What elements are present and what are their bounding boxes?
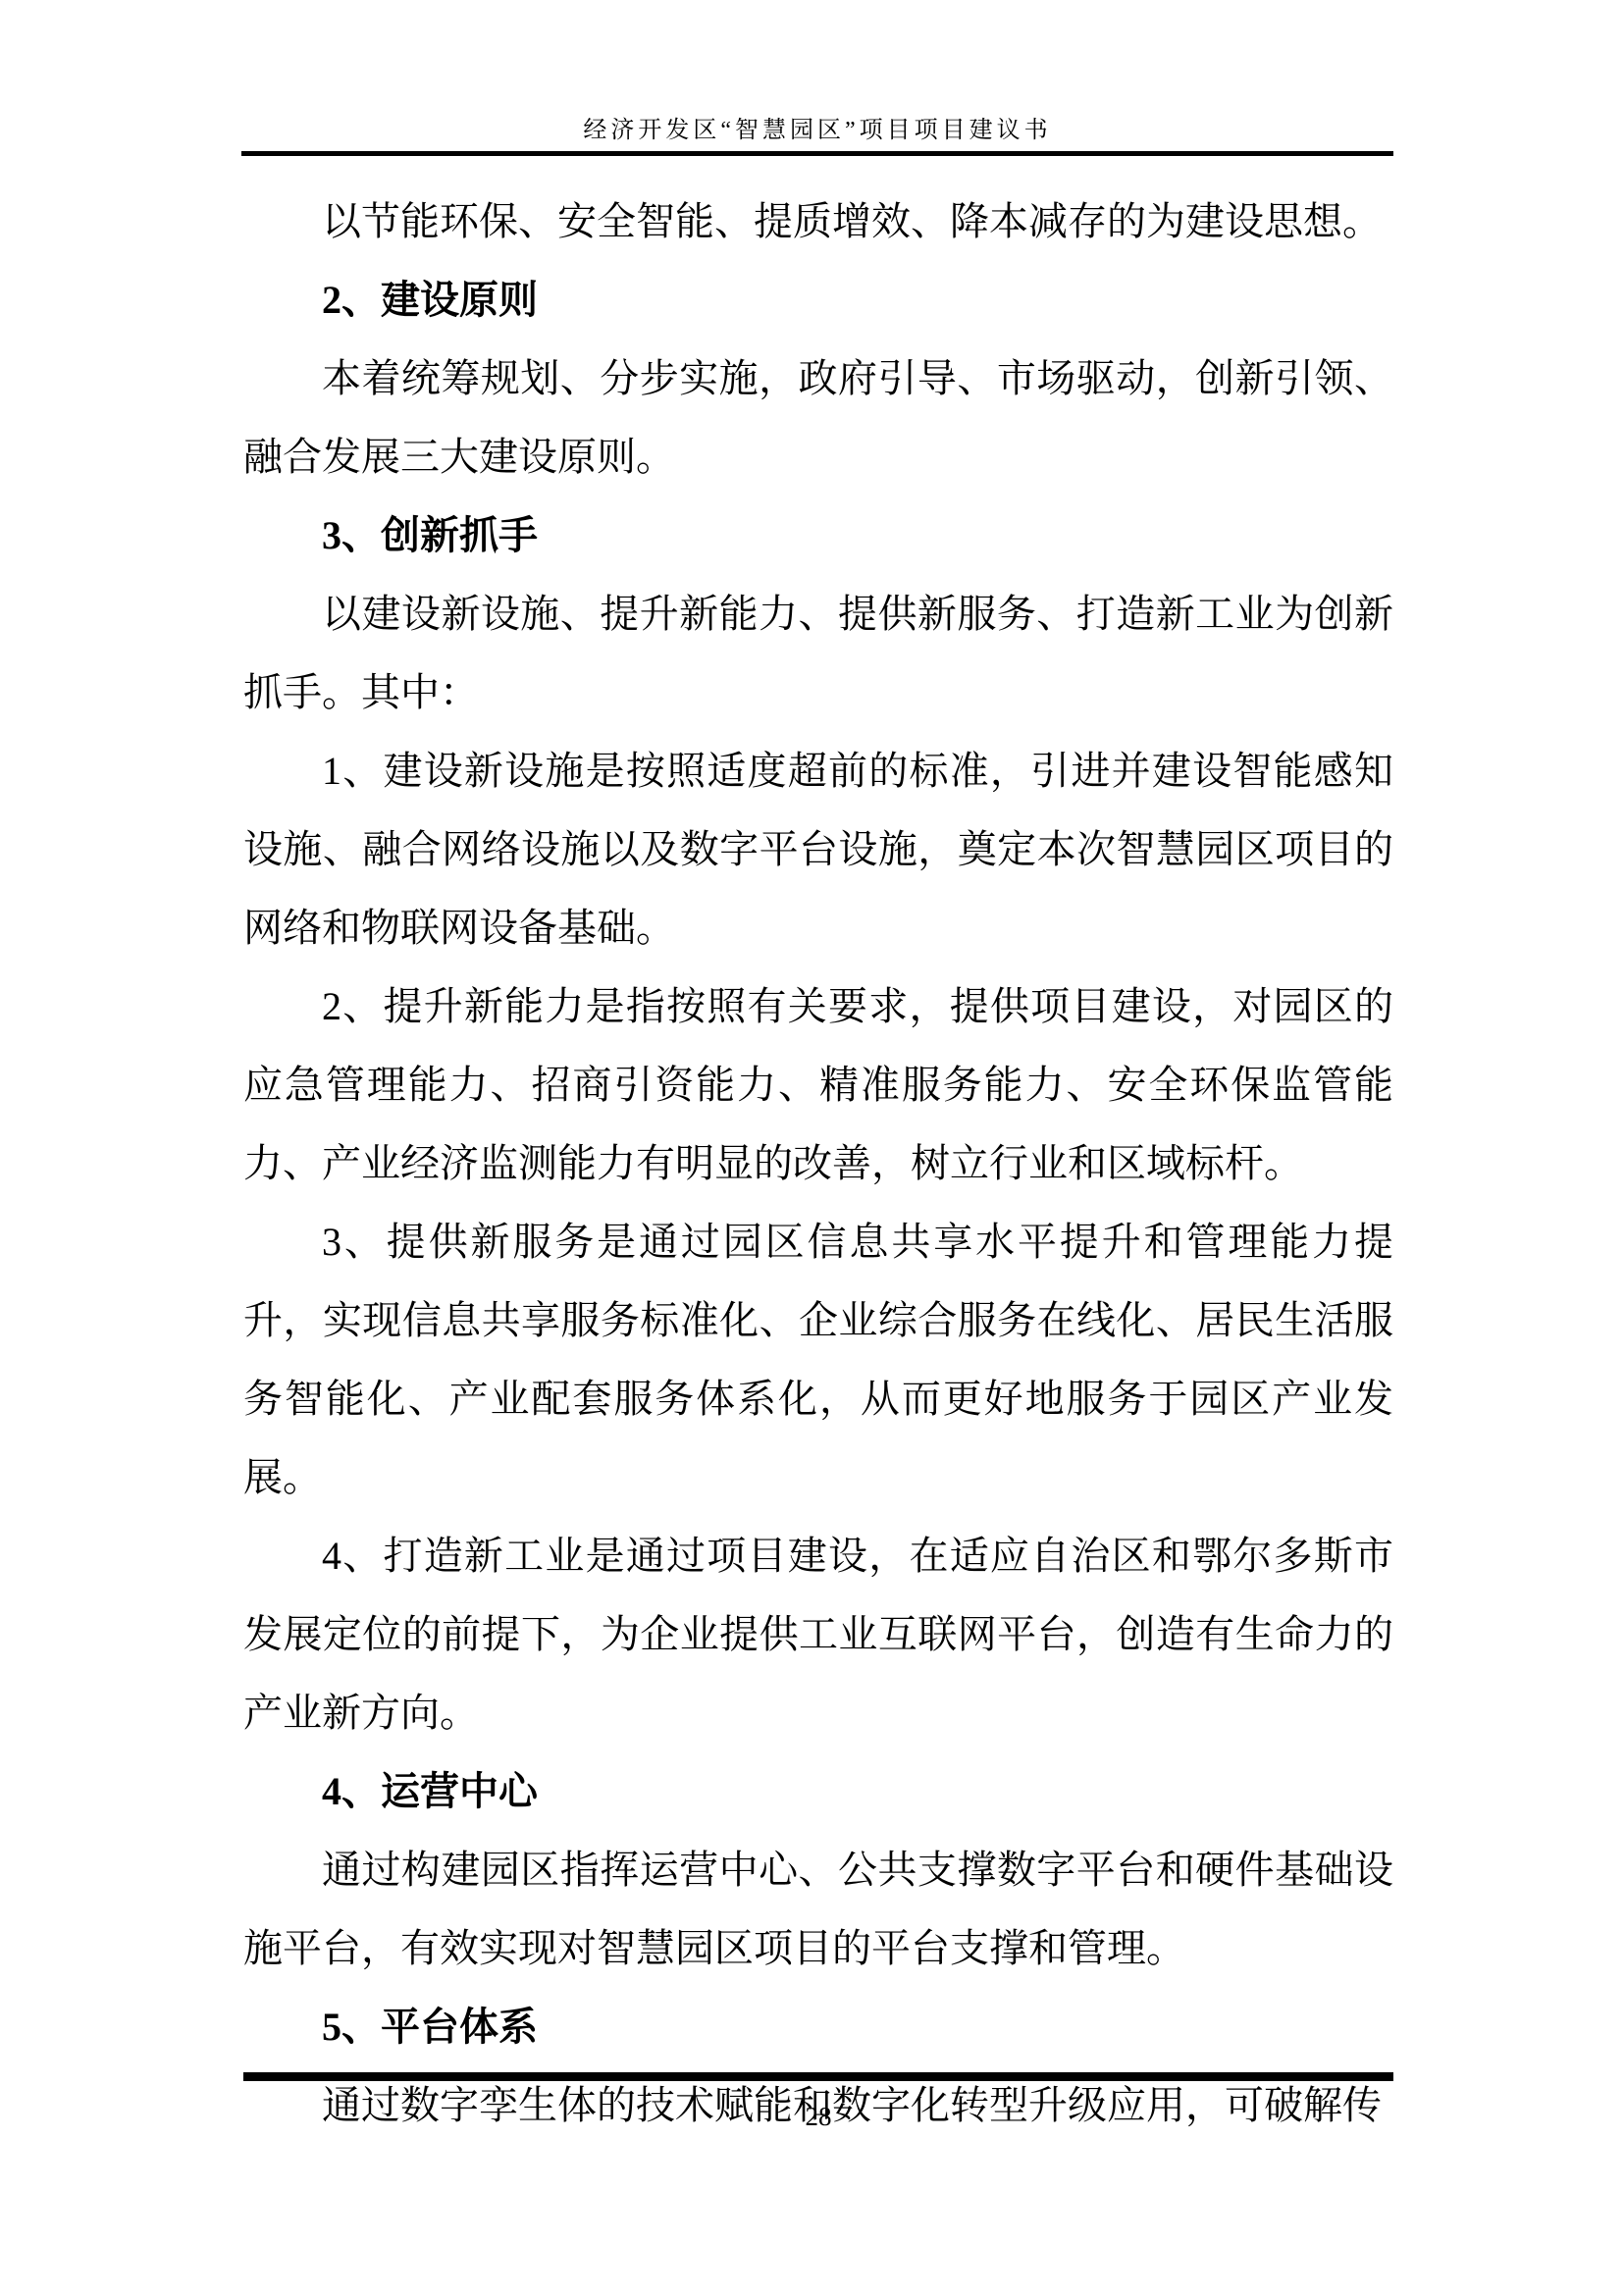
paragraph: 4、打造新工业是通过项目建设，在适应自治区和鄂尔多斯市发展定位的前提下，为企业提… [243,1517,1393,1752]
section-heading: 2、建设原则 [243,261,1393,339]
paragraph: 以节能环保、安全智能、提质增效、降本减存的为建设思想。 [243,183,1393,261]
header-title: 经济开发区“智慧园区”项目项目建议书 [241,110,1393,144]
section-heading: 3、创新抓手 [243,496,1393,575]
section-heading: 4、运营中心 [243,1752,1393,1831]
paragraph: 1、建设新设施是按照适度超前的标准，引进并建设智能感知设施、融合网络设施以及数字… [243,732,1393,967]
page-number: 28 [243,2102,1393,2132]
paragraph: 本着统筹规划、分步实施，政府引导、市场驱动，创新引领、融合发展三大建设原则。 [243,339,1393,496]
paragraph: 以建设新设施、提升新能力、提供新服务、打造新工业为创新抓手。其中： [243,575,1393,732]
paragraph: 通过构建园区指挥运营中心、公共支撑数字平台和硬件基础设施平台，有效实现对智慧园区… [243,1831,1393,1988]
document-page: 经济开发区“智慧园区”项目项目建议书 以节能环保、安全智能、提质增效、降本减存的… [0,0,1624,2295]
document-body: 以节能环保、安全智能、提质增效、降本减存的为建设思想。2、建设原则本着统筹规划、… [243,183,1393,2145]
section-heading: 5、平台体系 [243,1988,1393,2066]
footer-rule [243,2072,1393,2081]
paragraph: 2、提升新能力是指按照有关要求，提供项目建设，对园区的应急管理能力、招商引资能力… [243,967,1393,1203]
paragraph: 3、提供新服务是通过园区信息共享水平提升和管理能力提升，实现信息共享服务标准化、… [243,1203,1393,1517]
header-rule [241,151,1393,156]
